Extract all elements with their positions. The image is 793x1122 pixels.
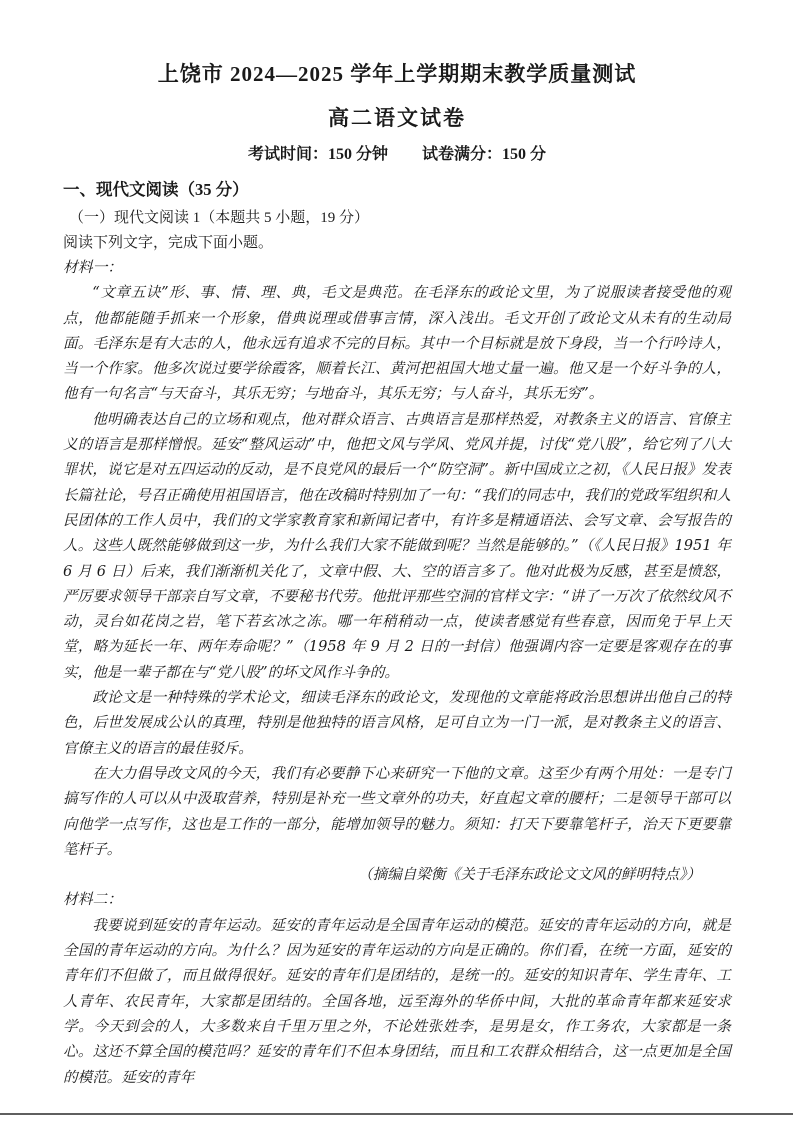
page-bottom-divider	[0, 1113, 793, 1115]
material1-paragraph-1: “文章五诀”形、事、情、理、典，毛文是典范。在毛泽东的政论文里，为了说服读者接受…	[63, 280, 731, 406]
exam-subtitle: 高二语文试卷	[63, 104, 731, 132]
material2-label: 材料二：	[63, 887, 731, 912]
exam-time-label: 考试时间：150 分钟	[248, 146, 388, 163]
exam-paper-page: 上饶市 2024—2025 学年上学期期末教学质量测试 高二语文试卷 考试时间：…	[0, 0, 793, 1122]
material1-paragraph-3: 政论文是一种特殊的学术论文，细读毛泽东的政论文，发现他的文章能将政治思想讲出他自…	[63, 685, 731, 761]
page-title: 上饶市 2024—2025 学年上学期期末教学质量测试	[63, 60, 731, 88]
exam-score-label: 试卷满分：150 分	[422, 146, 546, 163]
material1-attribution: （摘编自梁衡《关于毛泽东政论文文风的鲜明特点》）	[63, 862, 731, 887]
exam-info-line: 考试时间：150 分钟试卷满分：150 分	[63, 144, 731, 166]
section-subheading: （一）现代文阅读 1（本题共 5 小题，19 分）	[63, 206, 731, 231]
section-heading: 一、现代文阅读（35 分）	[63, 177, 731, 202]
material1-paragraph-2: 他明确表达自己的立场和观点，他对群众语言、古典语言是那样热爱，对教条主义的语言、…	[63, 407, 731, 685]
material1-paragraph-4: 在大力倡导改文风的今天，我们有必要静下心来研究一下他的文章。这至少有两个用处：一…	[63, 761, 731, 862]
document-page: { "document": { "title": "上饶市 2024—2025 …	[0, 0, 793, 1122]
material1-label: 材料一：	[63, 255, 731, 280]
reading-instruction: 阅读下列文字，完成下面小题。	[63, 231, 731, 256]
material2-paragraph-1: 我要说到延安的青年运动。延安的青年运动是全国青年运动的模范。延安的青年运动的方向…	[63, 913, 731, 1090]
